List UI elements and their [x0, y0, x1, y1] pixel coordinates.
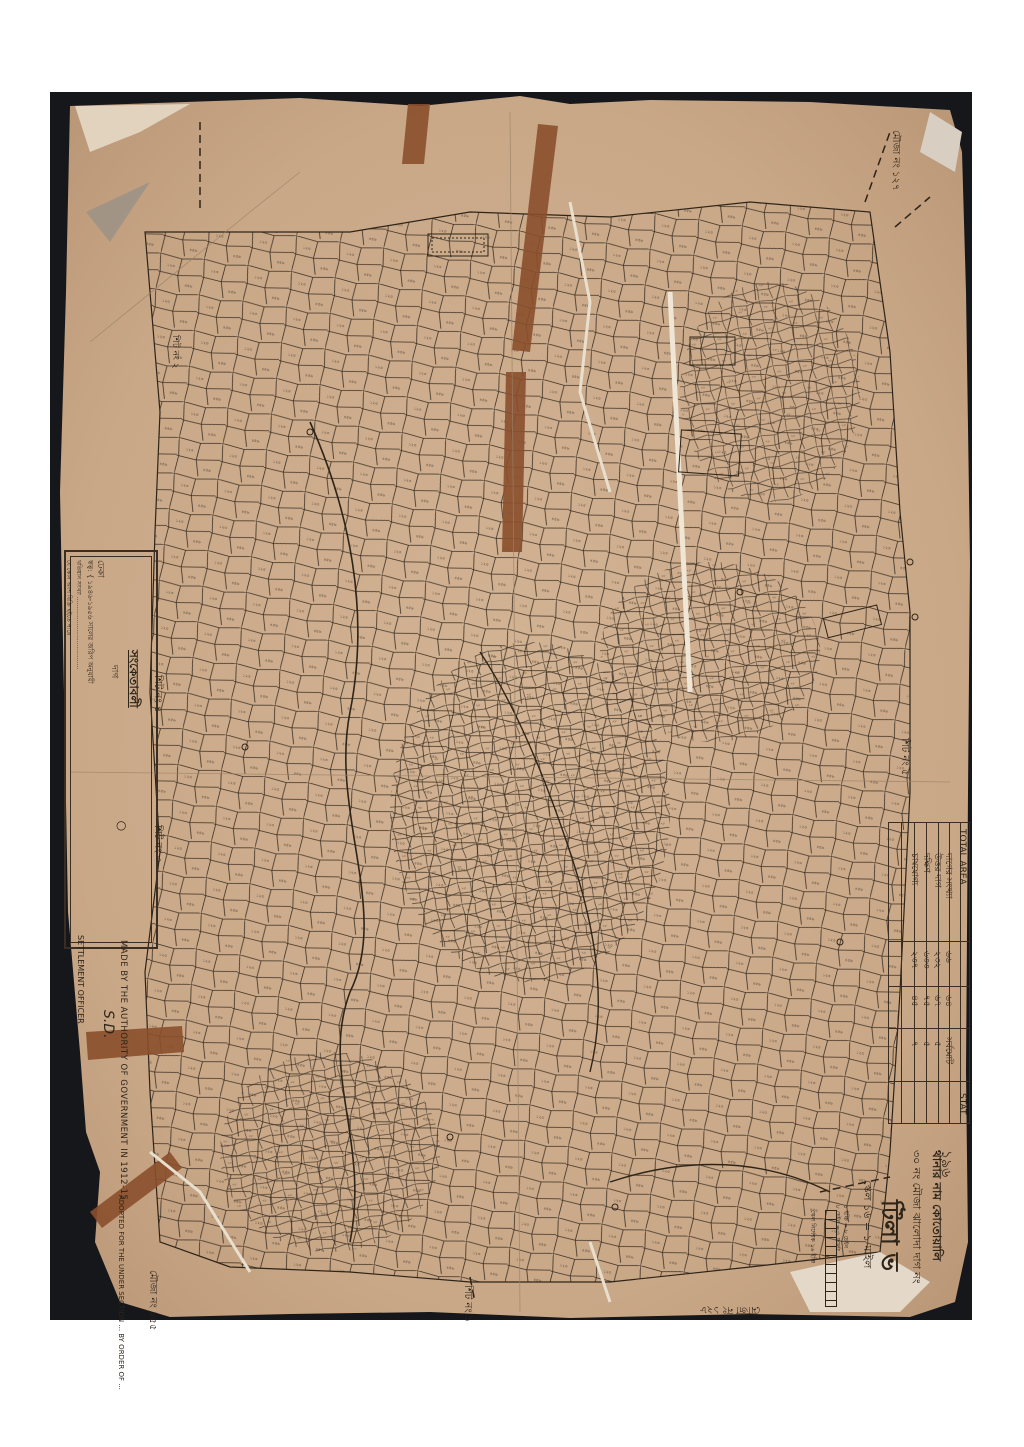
boundary-label-east-mouza: মৌজা নং ১৫৫: [143, 1270, 160, 1330]
legend-title: সংকেতাবলী: [122, 650, 142, 708]
table-cell: ৭: [907, 1041, 922, 1047]
settlement-officer: SETTLEMENT OFFICER: [76, 935, 85, 1024]
boundary-label-sheet-3: শিট নং ৩: [148, 825, 165, 862]
table-row-label: চাষযোগ্য: [907, 853, 922, 885]
legend-line: স্বত্ব: { ১৯৪৬-১৯৫৬ সালের জরিপ অনুযায়ী: [84, 560, 96, 684]
scale-bar-label: স্কেল নির্দেশক ১৬ ইঞ্চি: [807, 1210, 818, 1263]
boundary-label-sheet-2: শিট নং ২: [168, 335, 183, 369]
area-table: TOTAL AREA দাগের সংখ্যা উত্তর দাগ দক্ষিণ…: [888, 822, 970, 1124]
boundary-label-sheet-1: শিট নং ১: [458, 1285, 475, 1322]
table-header-stat: STAT.: [957, 1093, 967, 1116]
boundary-label-north: মৌজা নং ১২৭: [886, 130, 903, 190]
scan-frame: ১২৩ ৪৫৬ ৭৮: [50, 92, 972, 1320]
scale-bar: [825, 1210, 837, 1307]
boundary-label-sheet-5: শিট নং ৫: [895, 738, 912, 775]
signature: S.D.: [100, 1010, 116, 1039]
table-cell: ৪৫: [907, 995, 922, 1007]
legend-line: খতিয়ান সংখ্যা .........................…: [73, 560, 84, 669]
made-by-text: MADE BY THE AUTHORITY OF GOVERNMENT IN 1…: [118, 940, 128, 1200]
adopted-text: ADOPTED FOR THE UNDER SECTION ... BY ORD…: [117, 1195, 125, 1390]
mouza-line: ৩০ নং মৌজা ঝালোদা দাগ নং: [906, 1150, 925, 1284]
legend-subtitle: দাগ: [107, 665, 122, 678]
table-header-total-area: TOTAL AREA: [957, 829, 967, 885]
district-line: থানার নাম কোতোয়ালি: [925, 1150, 945, 1261]
boundary-label-south-mouza: মৌজা নং ১২৮: [700, 1300, 760, 1317]
scale-line: স্কেল ১৬ = ১ মাইল: [857, 1180, 876, 1268]
map-sheet: ১২৩ ৪৫৬ ৭৮: [50, 92, 972, 1320]
legend-symbol: ○: [116, 818, 126, 832]
boundary-label-sheet-4: শিট নং ৪: [148, 675, 165, 712]
table-cell: ২৩৭: [907, 951, 922, 969]
legend-line: যে কোন অংশ বিক্রি হইতে পারে: [63, 560, 74, 635]
